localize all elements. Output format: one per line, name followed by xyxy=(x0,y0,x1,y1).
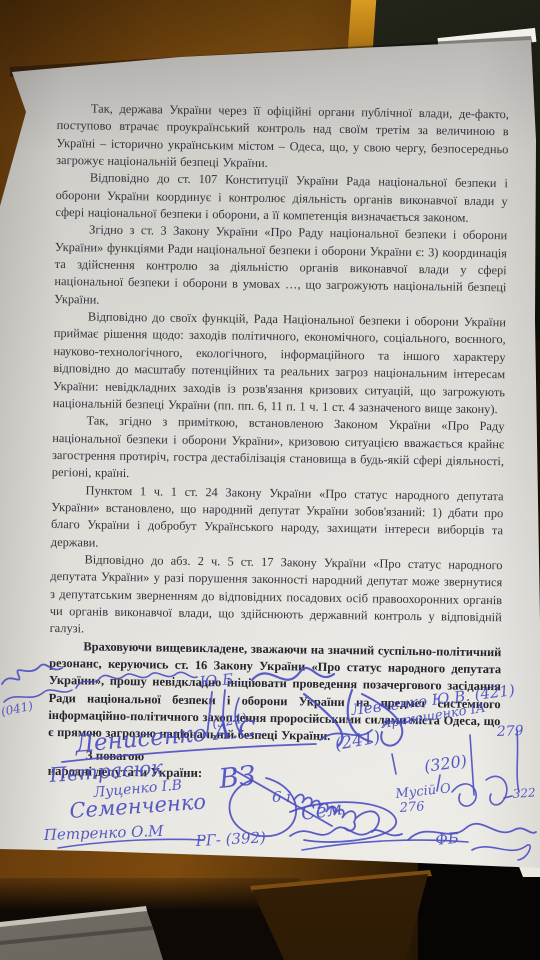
signature-scribble xyxy=(392,754,396,774)
document-paragraph: Відповідно до абз. 2 ч. 5 ст. 17 Закону … xyxy=(49,551,502,644)
signature-text: РГ- (392) xyxy=(194,828,266,850)
document-paragraph: Так, держава України через її офіційні о… xyxy=(56,100,509,176)
document-paragraph: Пунктом 1 ч. 1 ст. 24 Закону України «Пр… xyxy=(51,482,504,558)
document-paragraph: Відповідно до своїх функцій, Рада Націон… xyxy=(53,308,506,418)
signature-scribble xyxy=(4,690,72,702)
document-paragraph: Так, згідно з приміткою, встановленою За… xyxy=(52,412,505,488)
signature-scribble xyxy=(408,824,536,840)
signature-scribble xyxy=(290,827,402,836)
document-paragraph: Згідно з ст. 3 Закону України «Про Раду … xyxy=(54,221,507,314)
signature-scribble xyxy=(517,730,519,792)
signature-scribble xyxy=(452,784,476,806)
signature-text: (320) xyxy=(423,751,468,776)
signature-scribble xyxy=(2,664,62,684)
signature-text: ВЗ xyxy=(216,760,257,795)
signature-text: Петренко О.М xyxy=(43,822,165,844)
signature-scribble xyxy=(486,776,507,805)
signature-text: ФБ xyxy=(435,829,460,849)
signature-text: 322 xyxy=(512,785,536,801)
signature-text: 6 і xyxy=(272,788,291,806)
signature-text: Ю.Б. xyxy=(198,670,239,691)
signature-text: 276 xyxy=(398,799,425,816)
signature-text: 279 xyxy=(496,723,524,740)
signature-scribble xyxy=(76,672,197,688)
signature-scribble xyxy=(252,668,334,680)
signature-scribble xyxy=(472,845,530,860)
document-paragraph: Відповідно до ст. 107 Конституції Україн… xyxy=(55,169,508,227)
signatures-overlay: Ю.Б.(041)(324)Левченко Ю.В. (421)Артюшен… xyxy=(0,650,540,900)
signature-text: Сем xyxy=(300,797,344,825)
signature-text: Семенченко xyxy=(69,790,207,823)
signature-scribble xyxy=(356,811,379,832)
photo-of-document: Так, держава України через її офіційні о… xyxy=(0,0,540,960)
